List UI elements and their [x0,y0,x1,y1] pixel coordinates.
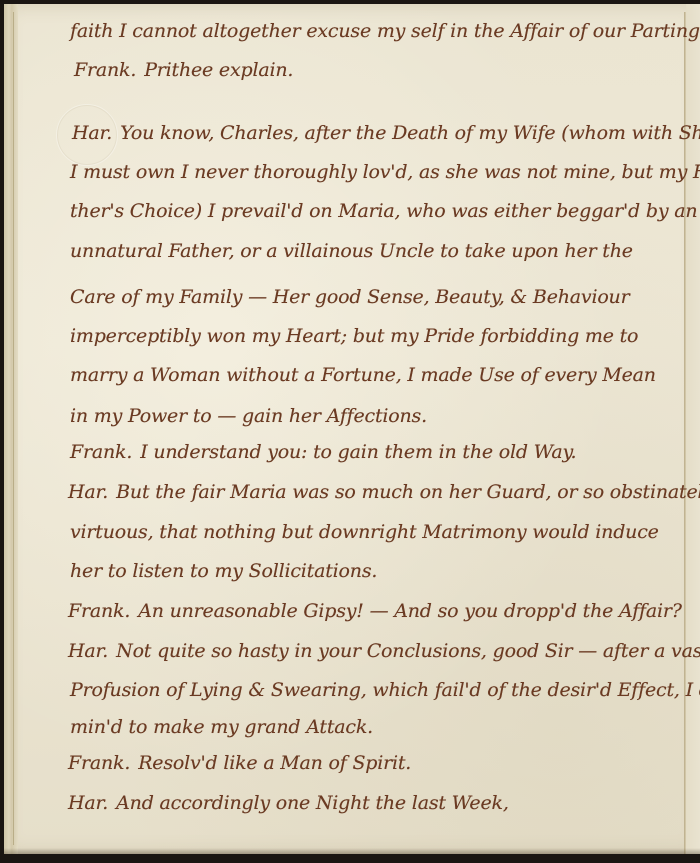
text-line-19: Frank.Resolv'd like a Man of Spirit. [68,752,411,774]
speaker-label: Frank. [70,441,132,463]
speaker-label: Frank. [68,600,130,622]
text-line-2: Frank.Prithee explain. [74,59,293,81]
line-text: Not quite so hasty in your Conclusions, … [116,640,700,662]
text-line-6: unnatural Father, or a villainous Uncle … [62,240,633,262]
text-line-8: imperceptibly won my Heart; but my Pride… [62,325,638,347]
speaker-label: Frank. [68,752,130,774]
text-line-10: in my Power to — gain her Affections. [62,405,427,427]
line-text: You know, Charles, after the Death of my… [120,122,700,144]
line-text: faith I cannot altogether excuse my self… [70,20,700,42]
manuscript-scan: faith I cannot altogether excuse my self… [0,0,700,863]
line-text: Resolv'd like a Man of Spirit. [138,752,411,774]
text-line-11: Frank.I understand you: to gain them in … [70,441,576,463]
line-text: Care of my Family — Her good Sense, Beau… [70,286,629,308]
speaker-label: Har. [72,122,112,144]
line-text: in my Power to — gain her Affections. [70,405,427,427]
text-line-18: min'd to make my grand Attack. [62,716,373,738]
line-text: imperceptibly won my Heart; but my Pride… [70,325,638,347]
line-text: unnatural Father, or a villainous Uncle … [70,240,633,262]
text-line-13: virtuous, that nothing but downright Mat… [62,521,659,543]
text-line-16: Har.Not quite so hasty in your Conclusio… [68,640,700,662]
line-text: marry a Woman without a Fortune, I made … [70,364,656,386]
speaker-label: Har. [68,481,108,503]
manuscript-text: faith I cannot altogether excuse my self… [4,4,684,854]
text-line-20: Har.And accordingly one Night the last W… [68,792,509,814]
speaker-label: Frank. [74,59,136,81]
text-line-5: ther's Choice) I prevail'd on Maria, who… [62,200,697,222]
text-line-7: Care of my Family — Her good Sense, Beau… [62,286,629,308]
text-line-14: her to listen to my Sollicitations. [62,560,377,582]
line-text: An unreasonable Gipsy! — And so you drop… [138,600,682,622]
line-text: I understand you: to gain them in the ol… [140,441,576,463]
manuscript-page: faith I cannot altogether excuse my self… [4,4,700,854]
text-line-4: I must own I never thoroughly lov'd, as … [62,161,700,183]
line-text: But the fair Maria was so much on her Gu… [116,481,700,503]
line-text: I must own I never thoroughly lov'd, as … [70,161,700,183]
page-bottom-shadow [4,848,700,854]
text-line-3: Har.You know, Charles, after the Death o… [72,122,700,144]
speaker-label: Har. [68,792,108,814]
text-line-12: Har.But the fair Maria was so much on he… [68,481,700,503]
line-text: Profusion of Lying & Swearing, which fai… [70,679,700,701]
line-text: virtuous, that nothing but downright Mat… [70,521,659,543]
text-line-15: Frank.An unreasonable Gipsy! — And so yo… [68,600,682,622]
line-text: min'd to make my grand Attack. [70,716,373,738]
line-text: ther's Choice) I prevail'd on Maria, who… [70,200,697,222]
line-text: And accordingly one Night the last Week, [116,792,509,814]
text-line-9: marry a Woman without a Fortune, I made … [62,364,656,386]
text-line-17: Profusion of Lying & Swearing, which fai… [62,679,700,701]
speaker-label: Har. [68,640,108,662]
text-line-1: faith I cannot altogether excuse my self… [62,20,700,42]
line-text: Prithee explain. [144,59,293,81]
line-text: her to listen to my Sollicitations. [70,560,377,582]
